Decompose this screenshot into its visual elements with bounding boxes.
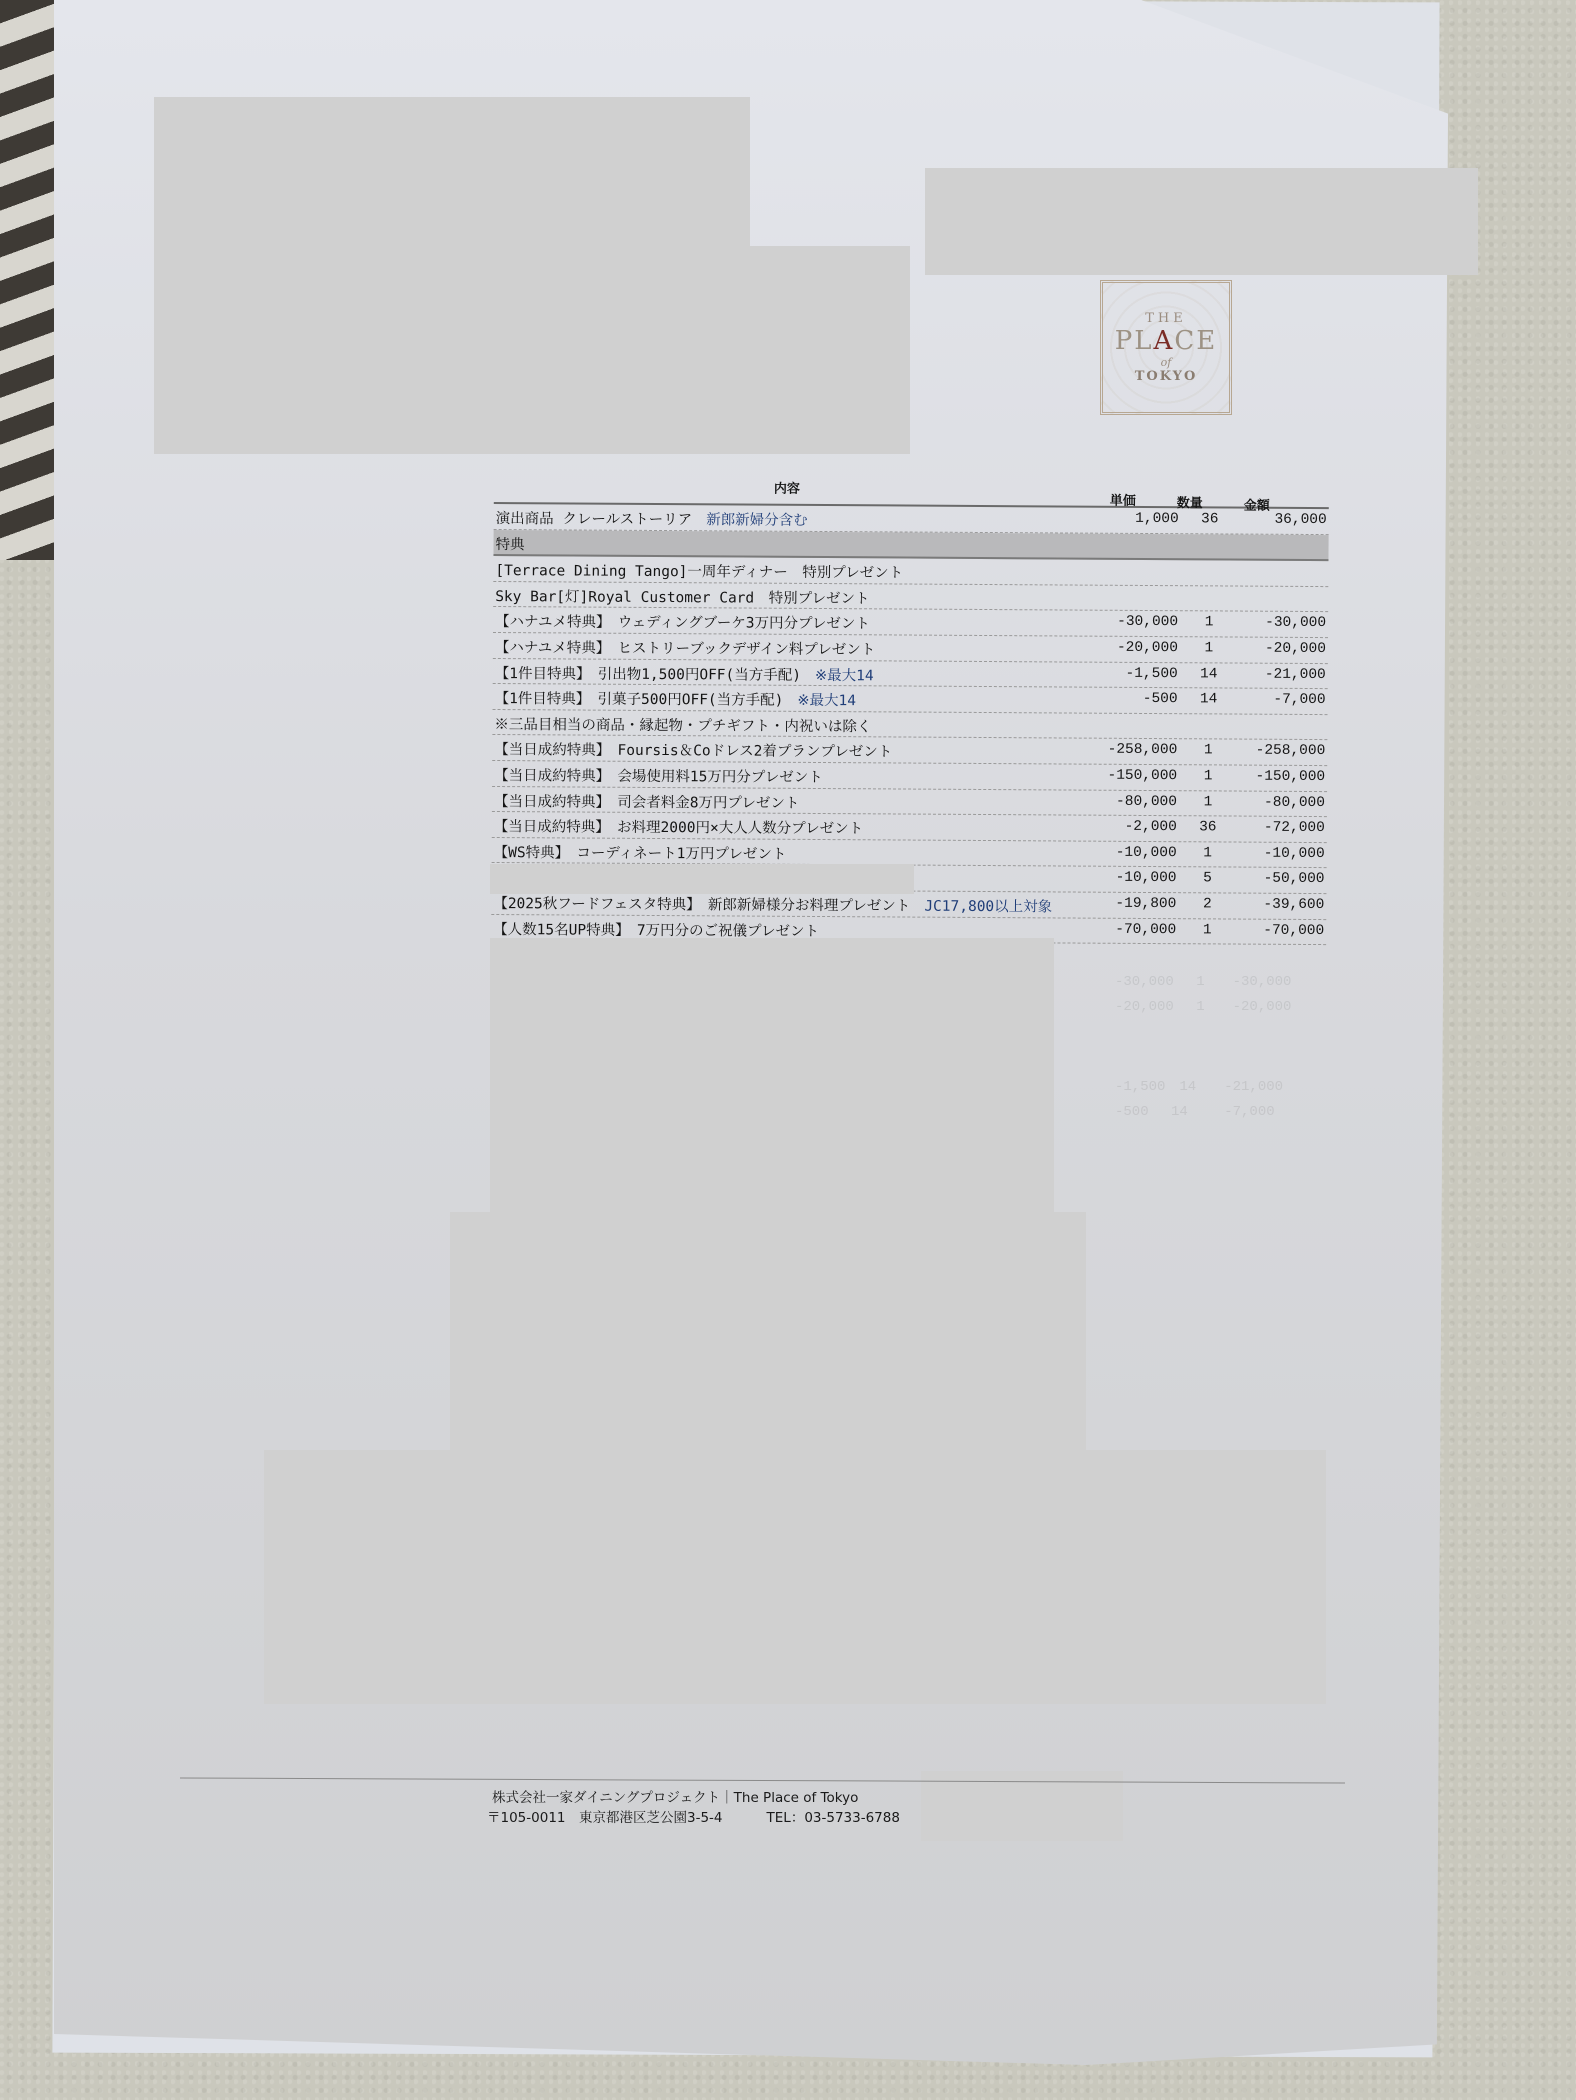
row-amount: -39,600 (1263, 897, 1324, 913)
row-unit-price: -258,000 (1108, 742, 1178, 758)
background-fabric (0, 0, 60, 560)
row-quantity: 36 (1195, 511, 1225, 527)
row-description: ※三品目相当の商品・縁起物・プチギフト・内祝いは除く (494, 713, 871, 736)
row-quantity: 1 (1193, 768, 1223, 784)
logo-of: of (1161, 356, 1172, 369)
row-unit-price: -30,000 (1117, 614, 1178, 630)
row-unit-price: 1,000 (1135, 511, 1179, 527)
row-quantity: 1 (1194, 615, 1224, 631)
footer-address: 〒105-0011 東京都港区芝公園3-5-4 (487, 1810, 723, 1826)
the-place-of-tokyo-logo: THE PLACE of TOKYO (1100, 280, 1232, 415)
row-description: Sky Bar[灯]Royal Customer Card 特別プレゼント (495, 585, 869, 608)
show-through-text: -20,000 1 -20,000 (1115, 995, 1291, 1015)
row-description: 【当日成約特典】 会場使用料15万円分プレゼント (494, 764, 823, 787)
header-unit-price: 単価 (1110, 490, 1136, 509)
redacted-header-block (925, 168, 1478, 275)
row-unit-price: -70,000 (1115, 921, 1176, 937)
show-through-text: -500 14 -7,000 (1115, 1100, 1275, 1120)
row-quantity: 2 (1192, 896, 1222, 912)
row-amount: -80,000 (1264, 794, 1325, 810)
row-quantity: 5 (1192, 871, 1222, 887)
row-quantity: 1 (1193, 845, 1223, 861)
row-unit-price: -10,000 (1116, 870, 1177, 886)
show-through-text: -1,500 14 -21,000 (1115, 1075, 1283, 1095)
redacted-recipient-block (154, 97, 750, 247)
row-amount: -21,000 (1265, 666, 1326, 682)
row-amount: -50,000 (1264, 871, 1325, 887)
row-amount: -7,000 (1273, 692, 1325, 708)
footer-tel: TEL：03-5733-6788 (767, 1810, 900, 1826)
row-quantity: 14 (1194, 691, 1224, 707)
row-description: 【1件目特典】 引菓子500円OFF(当方手配)※最大14 (495, 687, 857, 710)
show-through-text: -30,000 1 -30,000 (1115, 970, 1291, 990)
row-description: 【当日成約特典】 司会者料金8万円プレゼント (494, 790, 800, 813)
row-unit-price: -150,000 (1107, 768, 1177, 784)
row-description: [Terrace Dining Tango]一周年ディナー 特別プレゼント (495, 559, 903, 582)
row-description: 【ハナユメ特典】 ヒストリーブックデザイン料プレゼント (495, 636, 875, 659)
table-header: 内容 単価 数量 金額 (494, 470, 1329, 509)
redacted-row-description (490, 864, 914, 894)
row-unit-price: -1,500 (1126, 665, 1178, 681)
logo-the: THE (1145, 311, 1187, 326)
row-description: 特典 (495, 533, 524, 554)
redacted-summary-block (490, 938, 1054, 1214)
row-quantity: 36 (1193, 819, 1223, 835)
row-description: 【当日成約特典】 Foursis＆Coドレス2着プランプレゼント (494, 738, 892, 761)
row-unit-price: -10,000 (1116, 845, 1177, 861)
redacted-summary-block (450, 1212, 1086, 1452)
row-amount: 36,000 (1274, 512, 1326, 528)
row-quantity: 1 (1192, 922, 1222, 938)
row-quantity: 1 (1193, 794, 1223, 810)
row-unit-price: -2,000 (1125, 819, 1177, 835)
header-description: 内容 (774, 478, 800, 497)
row-note: ※最大14 (815, 668, 874, 684)
row-quantity: 14 (1194, 666, 1224, 682)
row-quantity: 1 (1193, 743, 1223, 759)
row-description: 【当日成約特典】 お料理2000円×大人人数分プレゼント (494, 815, 863, 838)
row-amount: -258,000 (1256, 743, 1326, 759)
row-amount: -150,000 (1255, 769, 1325, 785)
row-note: ※最大14 (797, 693, 856, 709)
footer-company: 株式会社一家ダイニングプロジェクト｜The Place of Tokyo (492, 1790, 858, 1806)
row-amount: -30,000 (1265, 615, 1326, 631)
row-amount: -70,000 (1263, 922, 1324, 938)
logo-place: PLACE (1115, 326, 1217, 356)
row-unit-price: -500 (1143, 691, 1178, 707)
company-footer: 株式会社一家ダイニングプロジェクト｜The Place of Tokyo 〒10… (487, 1788, 900, 1828)
row-note: JC17,800以上対象 (924, 899, 1052, 916)
row-description: 【1件目特典】 引出物1,500円OFF(当方手配)※最大14 (495, 662, 874, 685)
row-description: 【ハナユメ特典】 ウェディングブーケ3万円分プレゼント (495, 610, 870, 633)
row-quantity: 1 (1194, 640, 1224, 656)
row-note: 新郎新婦分含む (706, 512, 808, 529)
row-amount: -72,000 (1264, 820, 1325, 836)
row-amount: -10,000 (1264, 845, 1325, 861)
redacted-summary-block (264, 1450, 1326, 1704)
row-amount: -20,000 (1265, 641, 1326, 657)
row-description: 【WS特典】 コーディネート1万円プレゼント (494, 841, 787, 864)
row-unit-price: -80,000 (1116, 793, 1177, 809)
row-unit-price: -19,800 (1115, 896, 1176, 912)
row-unit-price: -20,000 (1117, 640, 1178, 656)
logo-tokyo: TOKYO (1135, 369, 1198, 384)
row-description: 演出商品 クレールストーリア新郎新婦分含む (496, 507, 808, 530)
redacted-recipient-block (154, 246, 910, 454)
row-description: 【2025秋フードフェスタ特典】 新郎新婦様分お料理プレゼントJC17,800以… (493, 892, 1052, 916)
